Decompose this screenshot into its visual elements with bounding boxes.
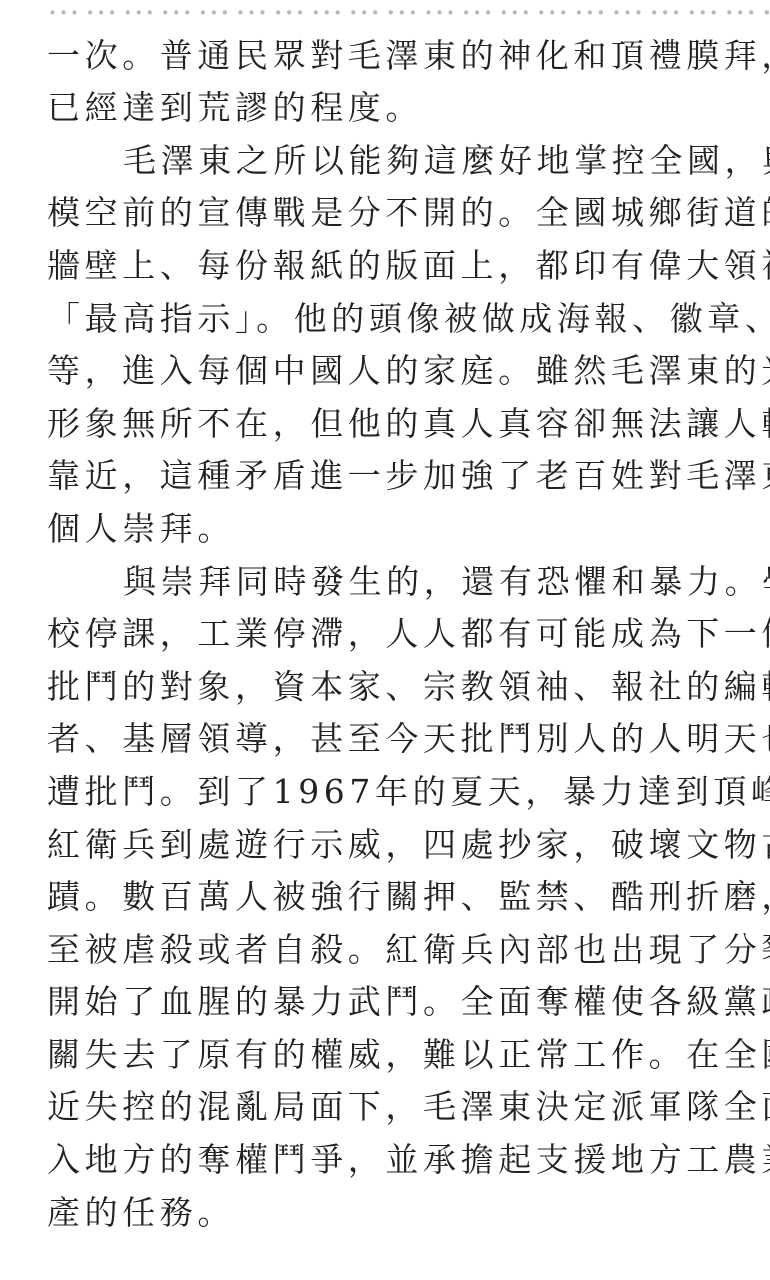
text-line: 紅衛兵到處遊行示威，四處抄家，破壞文物古 [47, 819, 737, 872]
text-line: 一次。普通民眾對毛澤東的神化和頂禮膜拜， [47, 30, 737, 83]
text-line: 遭批鬥。到了1967年的夏天，暴力達到頂峰。 [47, 766, 737, 819]
text-line: 開始了血腥的暴力武鬥。全面奪權使各級黨政機 [47, 976, 737, 1029]
text-line-cutoff: …………………………………………………… [47, 0, 737, 30]
text-line: 入地方的奪權鬥爭，並承擔起支援地方工農業生 [47, 1134, 737, 1187]
text-line: 模空前的宣傳戰是分不開的。全國城鄉街道的 [47, 187, 737, 240]
text-line: 者、基層領導，甚至今天批鬥別人的人明天也會 [47, 713, 737, 766]
text-line: 校停課，工業停滯，人人都有可能成為下一個被 [47, 608, 737, 661]
paragraph-start-line: 與崇拜同時發生的，還有恐懼和暴力。學 [47, 556, 737, 609]
text-line: 個人崇拜。 [47, 503, 737, 556]
text-line: 已經達到荒謬的程度。 [47, 82, 737, 135]
text-line: 「最高指示」。他的頭像被做成海報、徽章、陳設 [47, 293, 737, 346]
text-line: 等，進入每個中國人的家庭。雖然毛澤東的光輝 [47, 345, 737, 398]
paragraph-start-line: 毛澤東之所以能夠這麼好地掌控全國，與規 [47, 135, 737, 188]
text-line: 近失控的混亂局面下，毛澤東決定派軍隊全面介 [47, 1081, 737, 1134]
text-line: 形象無所不在，但他的真人真容卻無法讓人輕易 [47, 398, 737, 451]
text-line: 牆壁上、每份報紙的版面上，都印有偉大領袖的 [47, 240, 737, 293]
text-line: 靠近，這種矛盾進一步加強了老百姓對毛澤東的 [47, 450, 737, 503]
text-line: 批鬥的對象，資本家、宗教領袖、報社的編輯記 [47, 661, 737, 714]
document-page: …………………………………………………… 一次。普通民眾對毛澤東的神化和頂禮膜拜… [47, 0, 737, 1239]
text-line: 蹟。數百萬人被強行關押、監禁、酷刑折磨，甚 [47, 871, 737, 924]
text-line: 至被虐殺或者自殺。紅衛兵內部也出現了分裂， [47, 924, 737, 977]
text-line: 產的任務。 [47, 1187, 737, 1240]
text-line: 關失去了原有的權威，難以正常工作。在全國幾 [47, 1029, 737, 1082]
